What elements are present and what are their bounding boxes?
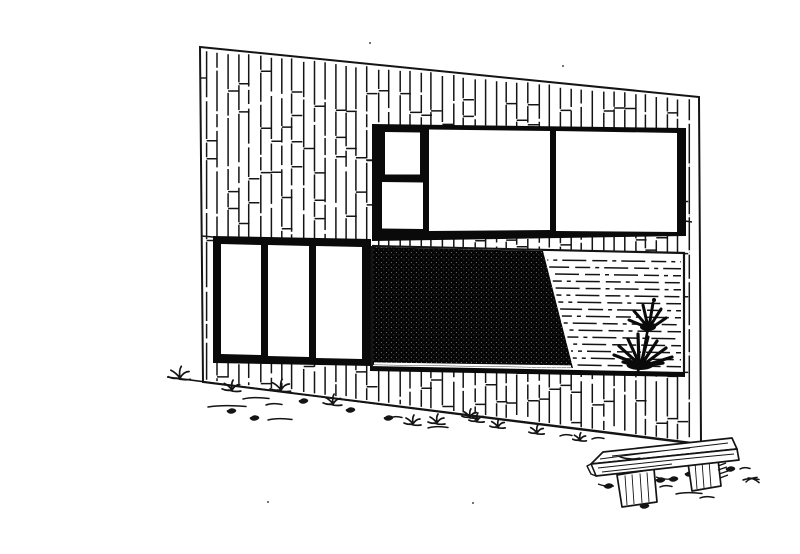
ground-scribble: [266, 404, 282, 405]
grass-tuft: [529, 425, 544, 434]
window-pane-small-bottom: [382, 182, 423, 229]
sketch-figure: Black-and-white ink sketch: flat-roofed …: [40, 16, 800, 538]
ground-scribble: [390, 417, 402, 418]
ground-scribble: [243, 398, 269, 399]
ground-scribble: [740, 468, 750, 469]
bench: [587, 438, 739, 507]
window-pane-2: [268, 245, 309, 357]
girt-seam-line: [202, 236, 213, 237]
ground-scribble: [268, 419, 292, 420]
ink-speck: [267, 501, 269, 503]
ground-scribble: [560, 435, 572, 436]
ground-scribble: [208, 406, 246, 407]
plant-bud-dot: [652, 298, 655, 301]
recessed-opening: [370, 246, 685, 377]
ink-speck: [472, 502, 474, 504]
grass-tuft: [573, 433, 587, 441]
ground-scribble: [700, 497, 714, 498]
window-pane-3: [316, 246, 362, 359]
ground-scribble: [660, 486, 672, 487]
grass-tuft: [168, 366, 190, 379]
ground-scribble: [676, 493, 702, 494]
grass-blob: [346, 407, 356, 413]
window-pane-large-left: [429, 130, 550, 232]
grass-blob: [299, 398, 309, 404]
ink-speck: [562, 65, 564, 67]
window-pane-1: [221, 244, 261, 355]
window-pane-small-top: [385, 132, 420, 175]
ground-scribble: [592, 438, 604, 439]
grass-blob: [227, 408, 237, 414]
shadow-region: [373, 247, 573, 368]
bench-leg-left: [617, 469, 657, 507]
ink-speck: [369, 42, 371, 44]
grass-tuft: [428, 414, 445, 424]
grass-blob: [250, 415, 260, 421]
clerestory-window: [372, 124, 686, 241]
ground-scribble: [428, 427, 448, 428]
window-pane-large-right: [556, 131, 677, 232]
grass-tuft: [404, 415, 421, 425]
board-joint-tick: [685, 221, 692, 222]
three-pane-window: [213, 236, 371, 366]
facade-sketch: [40, 16, 800, 538]
